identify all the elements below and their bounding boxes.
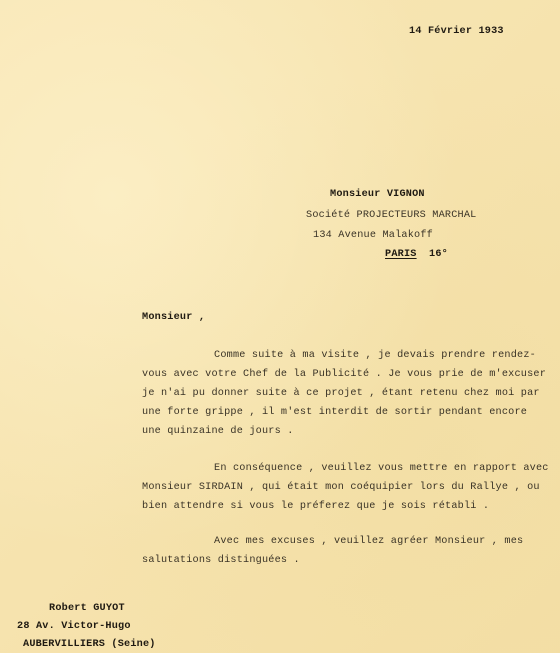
sender-street: 28 Av. Victor-Hugo [17,622,131,632]
sender-name: Robert GUYOT [49,604,125,614]
body-line: Avec mes excuses , veuillez agréer Monsi… [214,537,523,547]
recipient-city: PARIS [385,250,417,260]
typewritten-letter: 14 Février 1933 Monsieur VIGNON Société … [0,0,560,653]
recipient-name: Monsieur VIGNON [330,190,425,200]
body-line: salutations distinguées . [142,556,300,566]
body-line: En conséquence , veuillez vous mettre en… [214,464,549,474]
body-line: Monsieur SIRDAIN , qui était mon coéquip… [142,483,540,493]
body-line: une quinzaine de jours . [142,427,294,437]
recipient-district: 16° [429,250,448,260]
salutation: Monsieur , [142,313,205,323]
body-line: Comme suite à ma visite , je devais pren… [214,351,536,361]
recipient-company: Société PROJECTEURS MARCHAL [306,211,476,221]
body-line: je n'ai pu donner suite à ce projet , ét… [142,389,540,399]
letter-date: 14 Février 1933 [409,27,504,37]
recipient-street: 134 Avenue Malakoff [313,231,433,241]
body-line: une forte grippe , il m'est interdit de … [142,408,527,418]
body-line: bien attendre si vous le préferez que je… [142,502,489,512]
body-line: vous avec votre Chef de la Publicité . J… [142,370,546,380]
sender-city: AUBERVILLIERS (Seine) [23,640,156,650]
